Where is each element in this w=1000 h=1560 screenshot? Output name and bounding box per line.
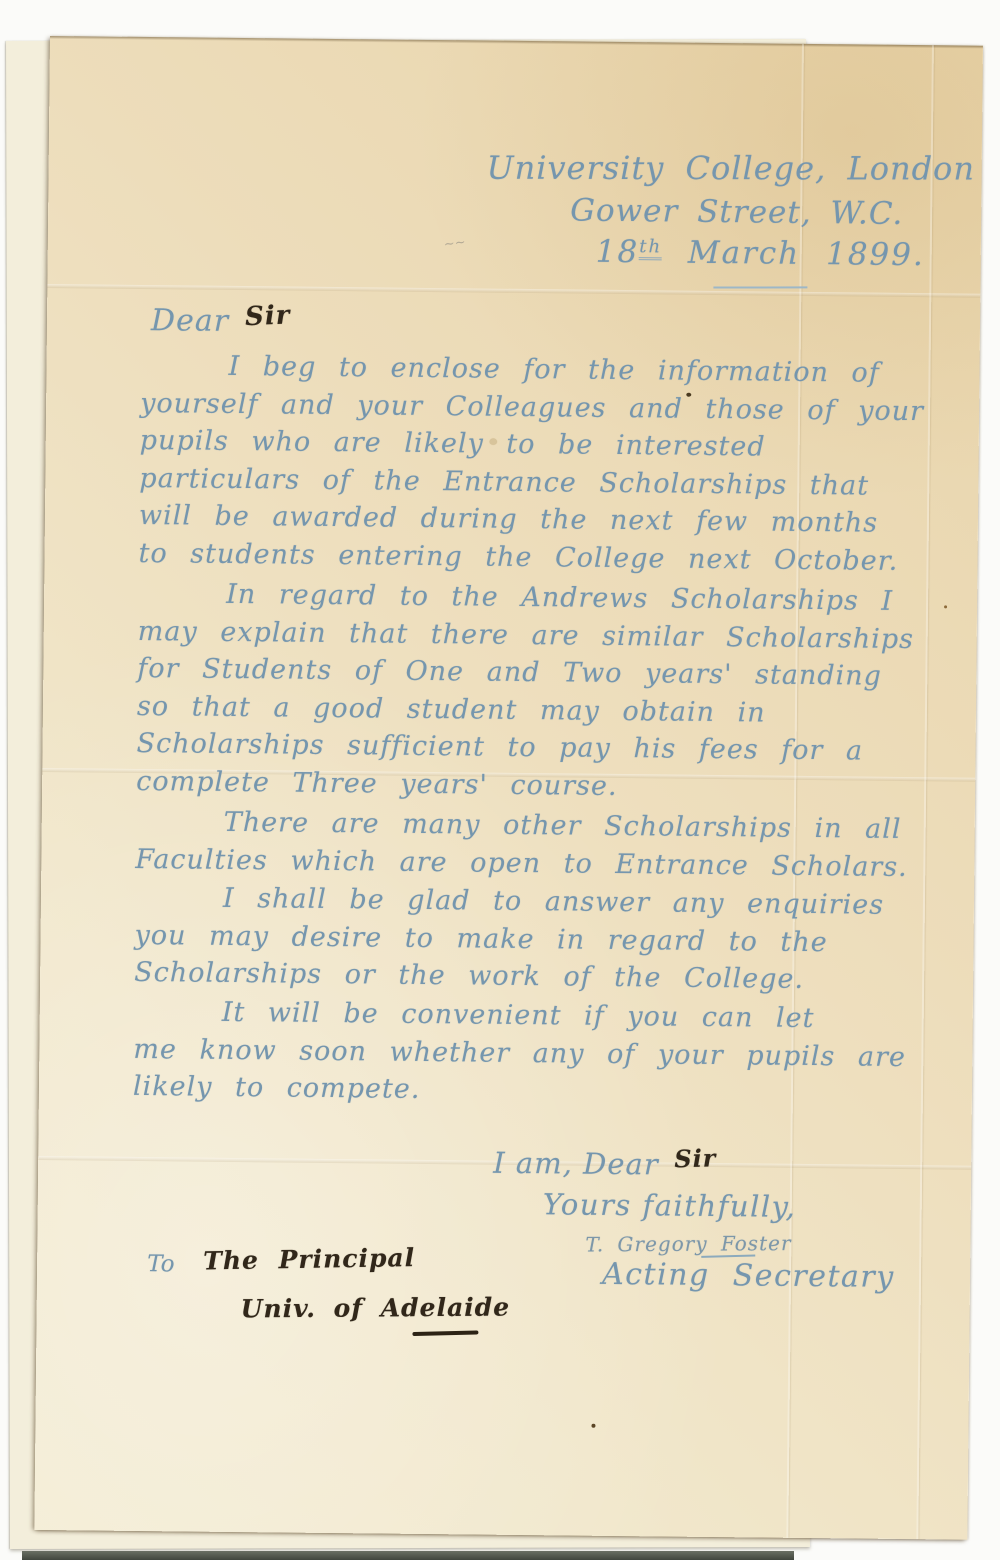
date-underline xyxy=(713,286,807,288)
date-day: 18 xyxy=(596,234,640,270)
letterhead-date: 18th March 1899. xyxy=(596,234,925,273)
scan-edge-strip xyxy=(22,1551,794,1560)
paragraph: It will be convenient if you can let me … xyxy=(133,993,934,1114)
paragraph: I beg to enclose for the information of … xyxy=(138,347,940,580)
date-rest: March 1899. xyxy=(688,235,925,273)
scanned-letter: University College, London Gower Street,… xyxy=(0,0,1000,1560)
signer-title: Acting Secretary xyxy=(602,1257,895,1295)
salutation: DearSir xyxy=(151,303,291,339)
addressee-name: The Principal xyxy=(203,1243,415,1275)
closing-i-am: I am, Dear xyxy=(493,1146,659,1182)
letter-line: to students entering the College next Oc… xyxy=(138,534,938,580)
closing-line: I am, DearSir xyxy=(493,1146,717,1182)
paragraph: I shall be glad to answer any enquiries … xyxy=(134,879,935,1000)
closing-sir-annotation: Sir xyxy=(674,1143,717,1173)
paragraph: In regard to the Andrews Scholarships I … xyxy=(136,575,938,808)
date-ordinal: th xyxy=(639,236,662,260)
letterhead-institution: University College, London xyxy=(487,149,975,188)
addressee-to: To xyxy=(147,1251,175,1277)
signature: T. Gregory Foster xyxy=(585,1231,791,1256)
paper-crease-horizontal xyxy=(47,284,980,298)
ink-speck xyxy=(591,1424,595,1428)
valediction: Yours faithfully, xyxy=(543,1187,797,1224)
salutation-dear: Dear xyxy=(151,303,229,339)
ink-speck xyxy=(944,605,947,608)
ink-squiggle: ∼∼ xyxy=(443,235,467,253)
addressee-underline xyxy=(412,1330,478,1336)
letter-page: University College, London Gower Street,… xyxy=(34,36,983,1540)
letterhead-address: Gower Street, W.C. xyxy=(570,192,903,231)
addressee-institution: Univ. of Adelaide xyxy=(241,1293,511,1324)
paragraph: There are many other Scholarships in all… xyxy=(135,803,936,886)
salutation-sir-annotation: Sir xyxy=(245,300,292,332)
